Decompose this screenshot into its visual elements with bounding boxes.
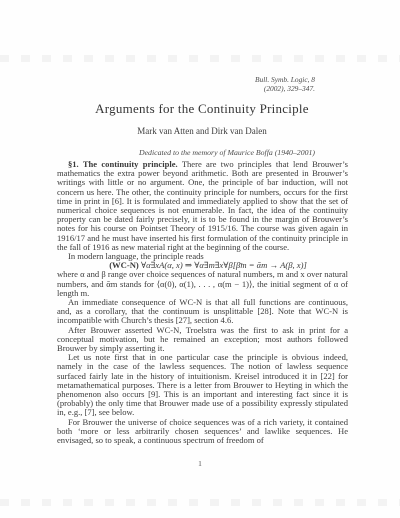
page-number: 1 [0,459,400,468]
paragraph-universe: For Brouwer the universe of choice seque… [57,418,348,446]
journal-reference-line1: Bull. Symb. Logic, 8 [255,75,315,84]
paragraph-lawless: Let us note first that in one particular… [57,353,348,417]
paper-authors: Mark van Atten and Dirk van Dalen [56,126,348,136]
paragraph-intro-text: There are two principles that lend Brouw… [57,159,348,252]
paragraph-where-clause: where α and β range over choice sequence… [57,270,348,298]
paper-title: Arguments for the Continuity Principle [56,101,348,117]
article-body: §1. The continuity principle. There are … [57,160,348,445]
paper-page: Bull. Symb. Logic, 8 (2002), 329–347. Ar… [0,0,400,518]
journal-reference-line2: (2002), 329–347. [255,84,315,93]
dedication-line: Dedicated to the memory of Maurice Boffa… [139,148,315,157]
scan-artifact-top [0,55,400,62]
paragraph-troelstra: After Brouwer asserted WC-N, Troelstra w… [57,326,348,354]
paragraph-intro: §1. The continuity principle. There are … [57,160,348,252]
scan-artifact-bottom [0,499,400,506]
journal-reference: Bull. Symb. Logic, 8 (2002), 329–347. [255,75,315,93]
paragraph-consequence: An immediate consequence of WC-N is that… [57,298,348,326]
